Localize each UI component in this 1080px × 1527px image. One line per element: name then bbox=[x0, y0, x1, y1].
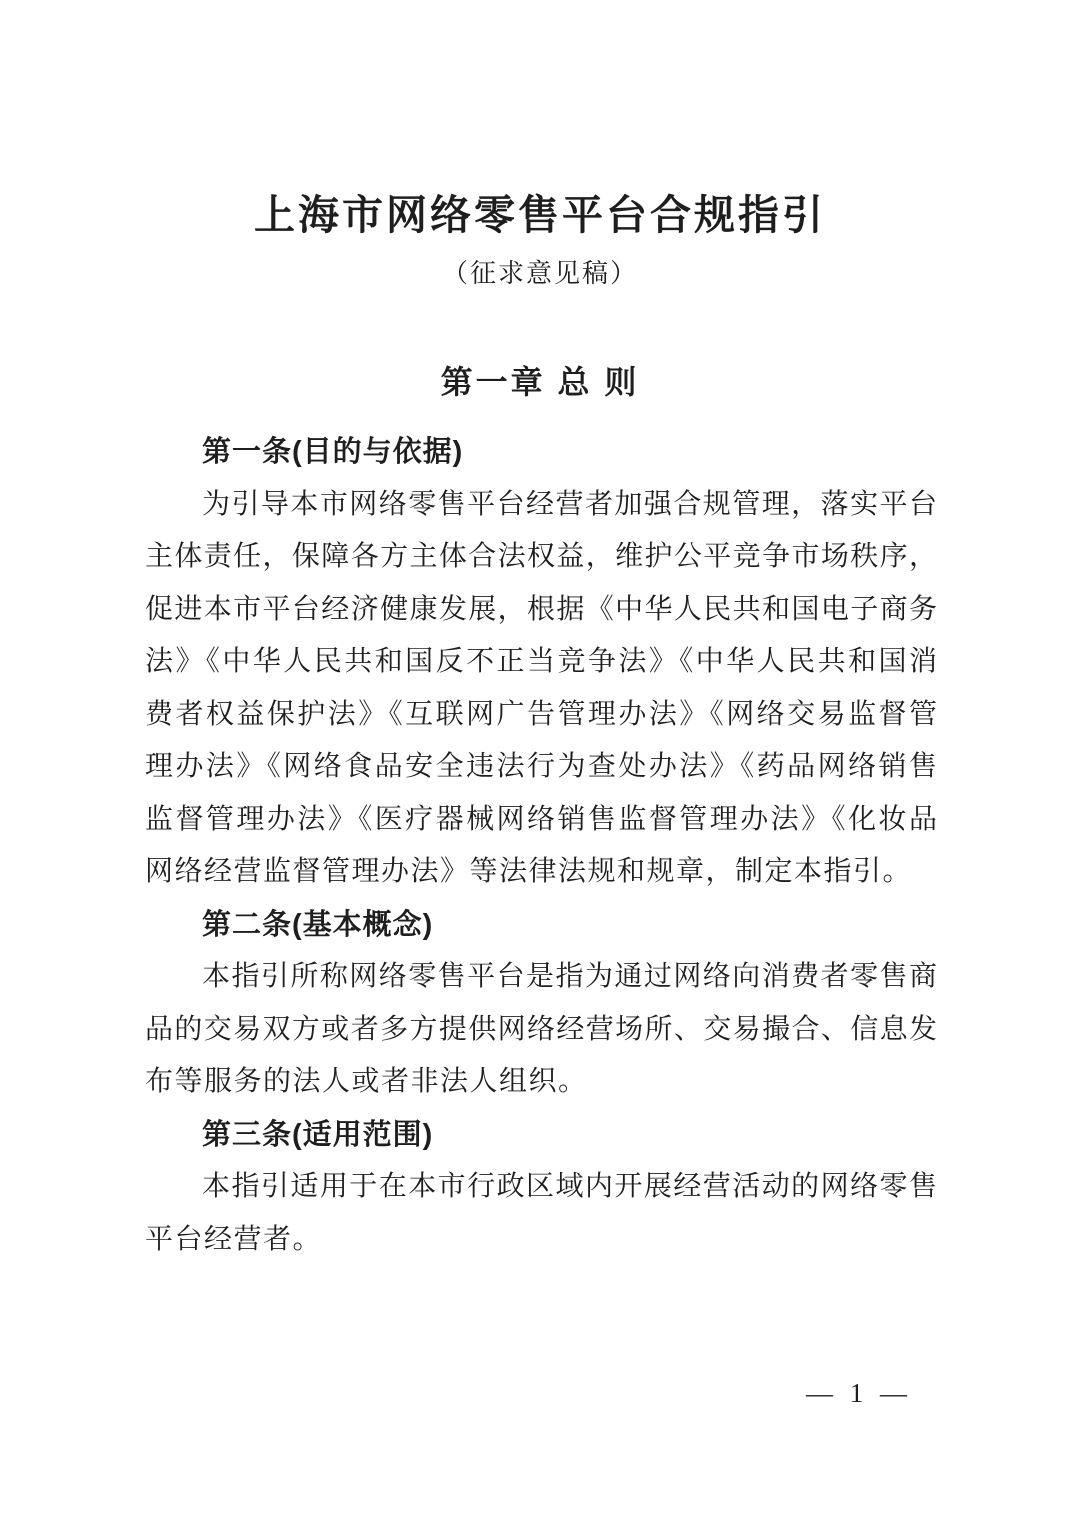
body-line: 费者权益保护法》《互联网广告管理办法》《网络交易监督管 bbox=[145, 689, 937, 742]
body-line: 促进本市平台经济健康发展，根据《中华人民共和国电子商务 bbox=[145, 584, 937, 637]
body-line: 为引导本市网络零售平台经营者加强合规管理，落实平台 bbox=[145, 479, 937, 532]
article-heading: 第一条(目的与依据) bbox=[145, 426, 937, 479]
body-line: 监督管理办法》《医疗器械网络销售监督管理办法》《化妆品 bbox=[145, 794, 937, 847]
document-page: 上海市网络零售平台合规指引 （征求意见稿） 第一章 总 则 第一条(目的与依据)… bbox=[0, 0, 1080, 1527]
body-line: 网络经营监督管理办法》等法律法规和规章，制定本指引。 bbox=[145, 846, 937, 899]
article-heading: 第二条(基本概念) bbox=[145, 899, 937, 952]
document-body: 第一条(目的与依据)为引导本市网络零售平台经营者加强合规管理，落实平台主体责任，… bbox=[145, 426, 937, 1266]
body-line: 平台经营者。 bbox=[145, 1214, 937, 1267]
document-subtitle: （征求意见稿） bbox=[0, 256, 1080, 292]
document-title: 上海市网络零售平台合规指引 bbox=[0, 0, 1080, 240]
page-number: — 1 — bbox=[806, 1378, 912, 1409]
body-line: 理办法》《网络食品安全违法行为查处办法》《药品网络销售 bbox=[145, 741, 937, 794]
body-line: 主体责任，保障各方主体合法权益，维护公平竞争市场秩序， bbox=[145, 531, 937, 584]
body-line: 布等服务的法人或者非法人组织。 bbox=[145, 1056, 937, 1109]
body-line: 本指引所称网络零售平台是指为通过网络向消费者零售商 bbox=[145, 951, 937, 1004]
article-heading: 第三条(适用范围) bbox=[145, 1109, 937, 1162]
body-line: 本指引适用于在本市行政区域内开展经营活动的网络零售 bbox=[145, 1161, 937, 1214]
body-line: 法》《中华人民共和国反不正当竞争法》《中华人民共和国消 bbox=[145, 636, 937, 689]
body-line: 品的交易双方或者多方提供网络经营场所、交易撮合、信息发 bbox=[145, 1004, 937, 1057]
chapter-heading: 第一章 总 则 bbox=[0, 360, 1080, 404]
